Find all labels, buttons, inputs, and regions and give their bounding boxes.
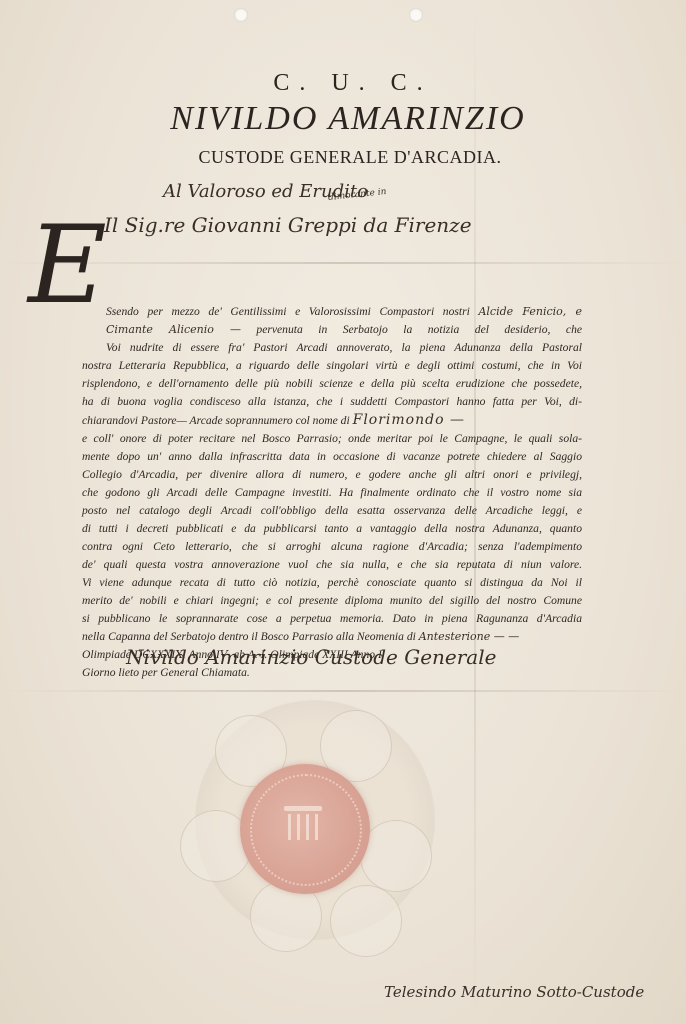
header-name: NIVILDO AMARINZIO (0, 100, 686, 138)
body-line: mente dopo un' anno dalla infrascritta d… (82, 448, 582, 466)
body-line: risplendono, e dell'ornamento delle più … (82, 375, 582, 393)
punch-hole (234, 8, 248, 22)
seal-petal (360, 820, 432, 892)
body-line: Ssendo per mezzo de' Gentilissimi e Valo… (82, 303, 582, 321)
handwritten-arcadian-name: Florimondo — (353, 412, 465, 428)
body-line: contra ogni Ceto letterario, che si arro… (82, 538, 582, 556)
salutation-line-2: Il Sig.re Giovanni Greppi da Firenze (104, 213, 472, 237)
body-line: e coll' onore di poter recitare nel Bosc… (82, 430, 582, 448)
header-title: CUSTODE GENERALE D'ARCADIA. (0, 147, 686, 168)
seal-petal (330, 885, 402, 957)
fold-crease (0, 690, 686, 692)
body-line: nostra Letteraria Repubblica, a riguardo… (82, 357, 582, 375)
body-line: di tutti i decreti pubblicati e da pubbl… (82, 520, 582, 538)
body-line: merito de' nobili e chiari ingegni; e co… (82, 592, 582, 610)
wax-seal (240, 764, 370, 894)
body-line: Vi viene adunque recata di tutto ciò not… (82, 574, 582, 592)
body-line: Collegio d'Arcadia, per divenire allora … (82, 466, 582, 484)
lyre-icon (284, 806, 322, 840)
body-line: posto nel catalogo degli Arcadi coll'obb… (82, 502, 582, 520)
body-line: ha di buona voglia condisceso alla istan… (82, 393, 582, 411)
handwritten-month: Antesterione — — (419, 630, 520, 643)
body-line: si pubblicano le soprannarate cose a per… (82, 610, 582, 628)
punch-hole (409, 8, 423, 22)
body-line: chiarandovi Pastore— Arcade soprannumero… (82, 411, 582, 430)
signature-custode-generale: Nivildo Amarinzio Custode Generale (126, 645, 496, 669)
diploma-page: C. U. C. NIVILDO AMARINZIO CUSTODE GENER… (0, 0, 686, 1024)
signature-sotto-custode: Telesindo Maturino Sotto-Custode (384, 983, 644, 1001)
body-line: Cimante Alicenio — pervenuta in Serbatoj… (82, 321, 582, 339)
handwritten-fill: Alcide Fenicio, e (478, 305, 582, 318)
body-line: de' quali questa vostra annoverazione vu… (82, 556, 582, 574)
diploma-body: Ssendo per mezzo de' Gentilissimi e Valo… (82, 303, 582, 682)
header-monogram: C. U. C. (0, 70, 686, 97)
body-line: Voi nudrite di essere fra' Pastori Arcad… (82, 339, 582, 357)
body-line: nella Capanna del Serbatojo dentro il Bo… (82, 628, 582, 646)
handwritten-fill: Cimante Alicenio — (106, 323, 241, 336)
body-line: che godono gli Arcadi delle Campagne inv… (82, 484, 582, 502)
